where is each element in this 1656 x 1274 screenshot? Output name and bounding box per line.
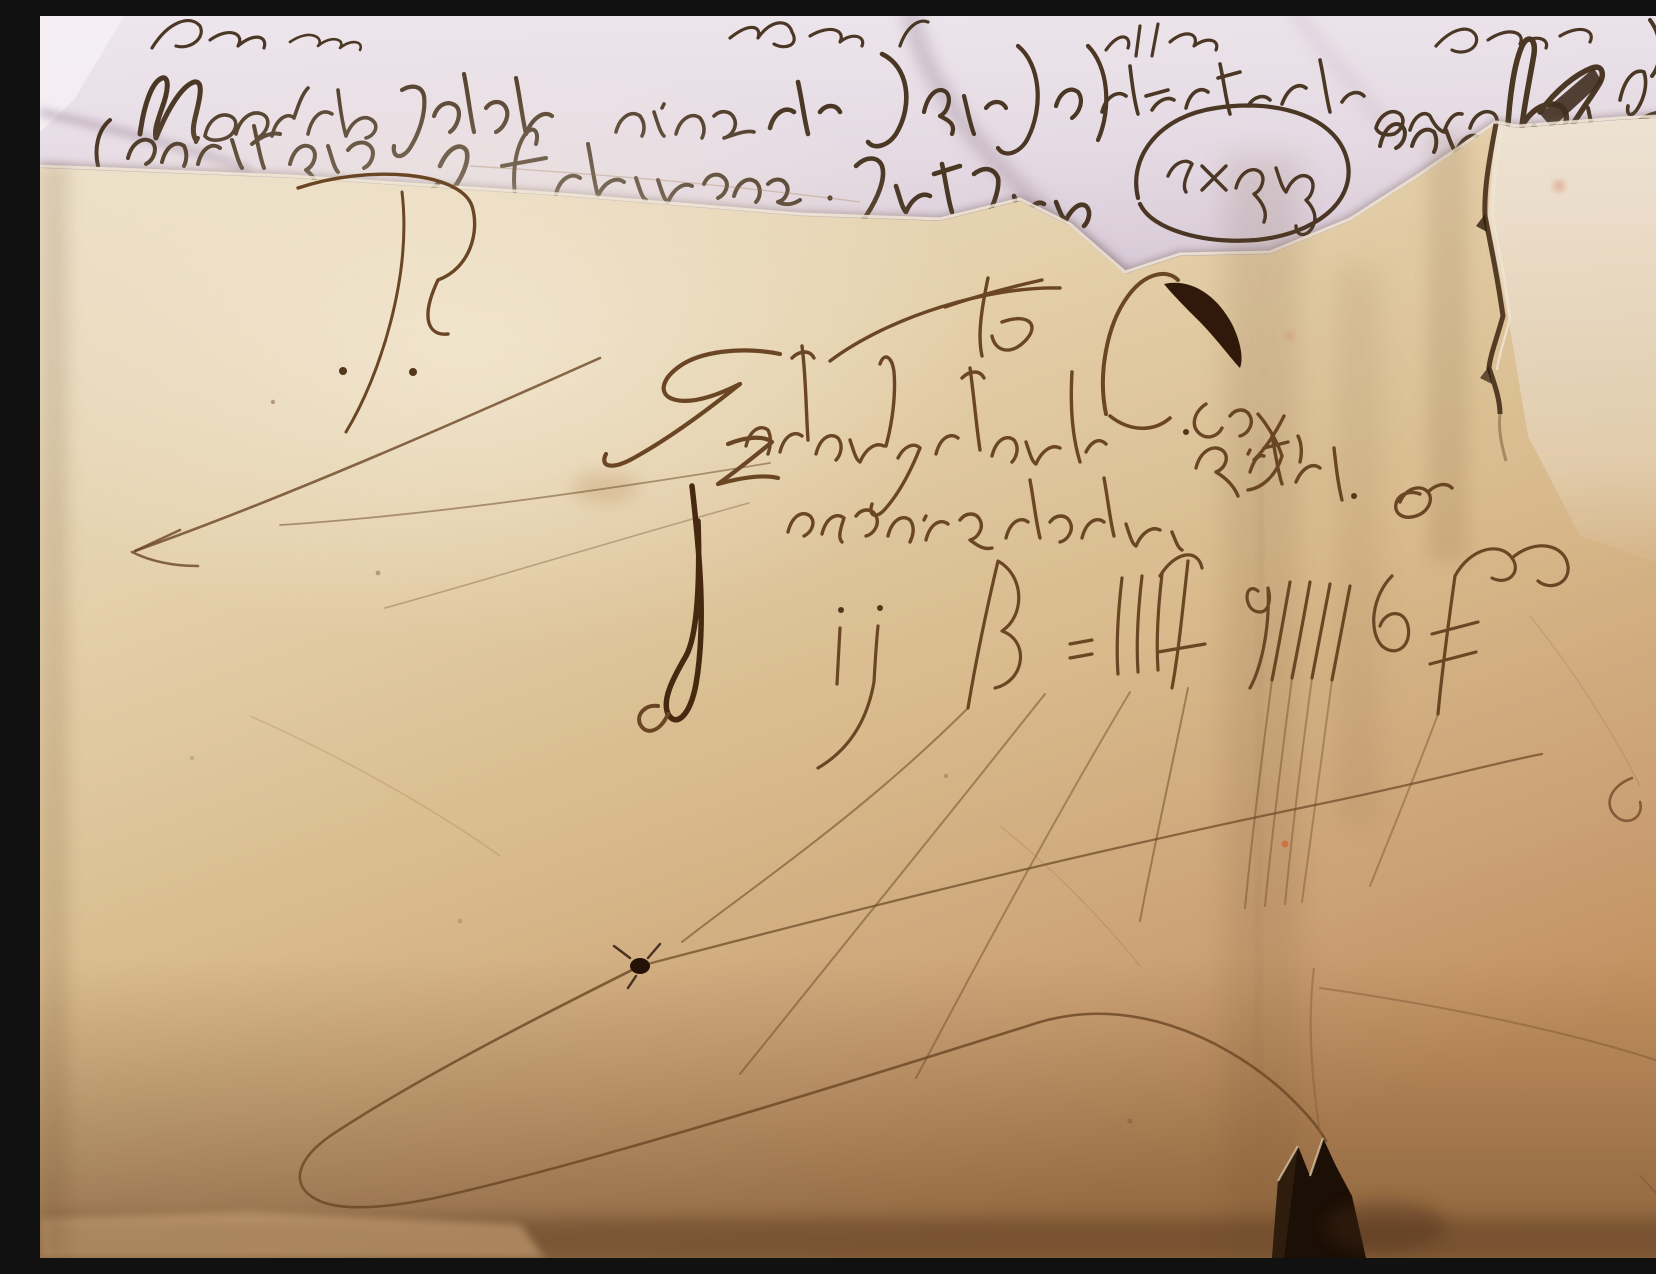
manuscript-photo: Close-up photograph: a white paper sheet… — [40, 16, 1656, 1258]
parchment-sheet — [40, 46, 1656, 1258]
ink-blot — [630, 958, 650, 974]
